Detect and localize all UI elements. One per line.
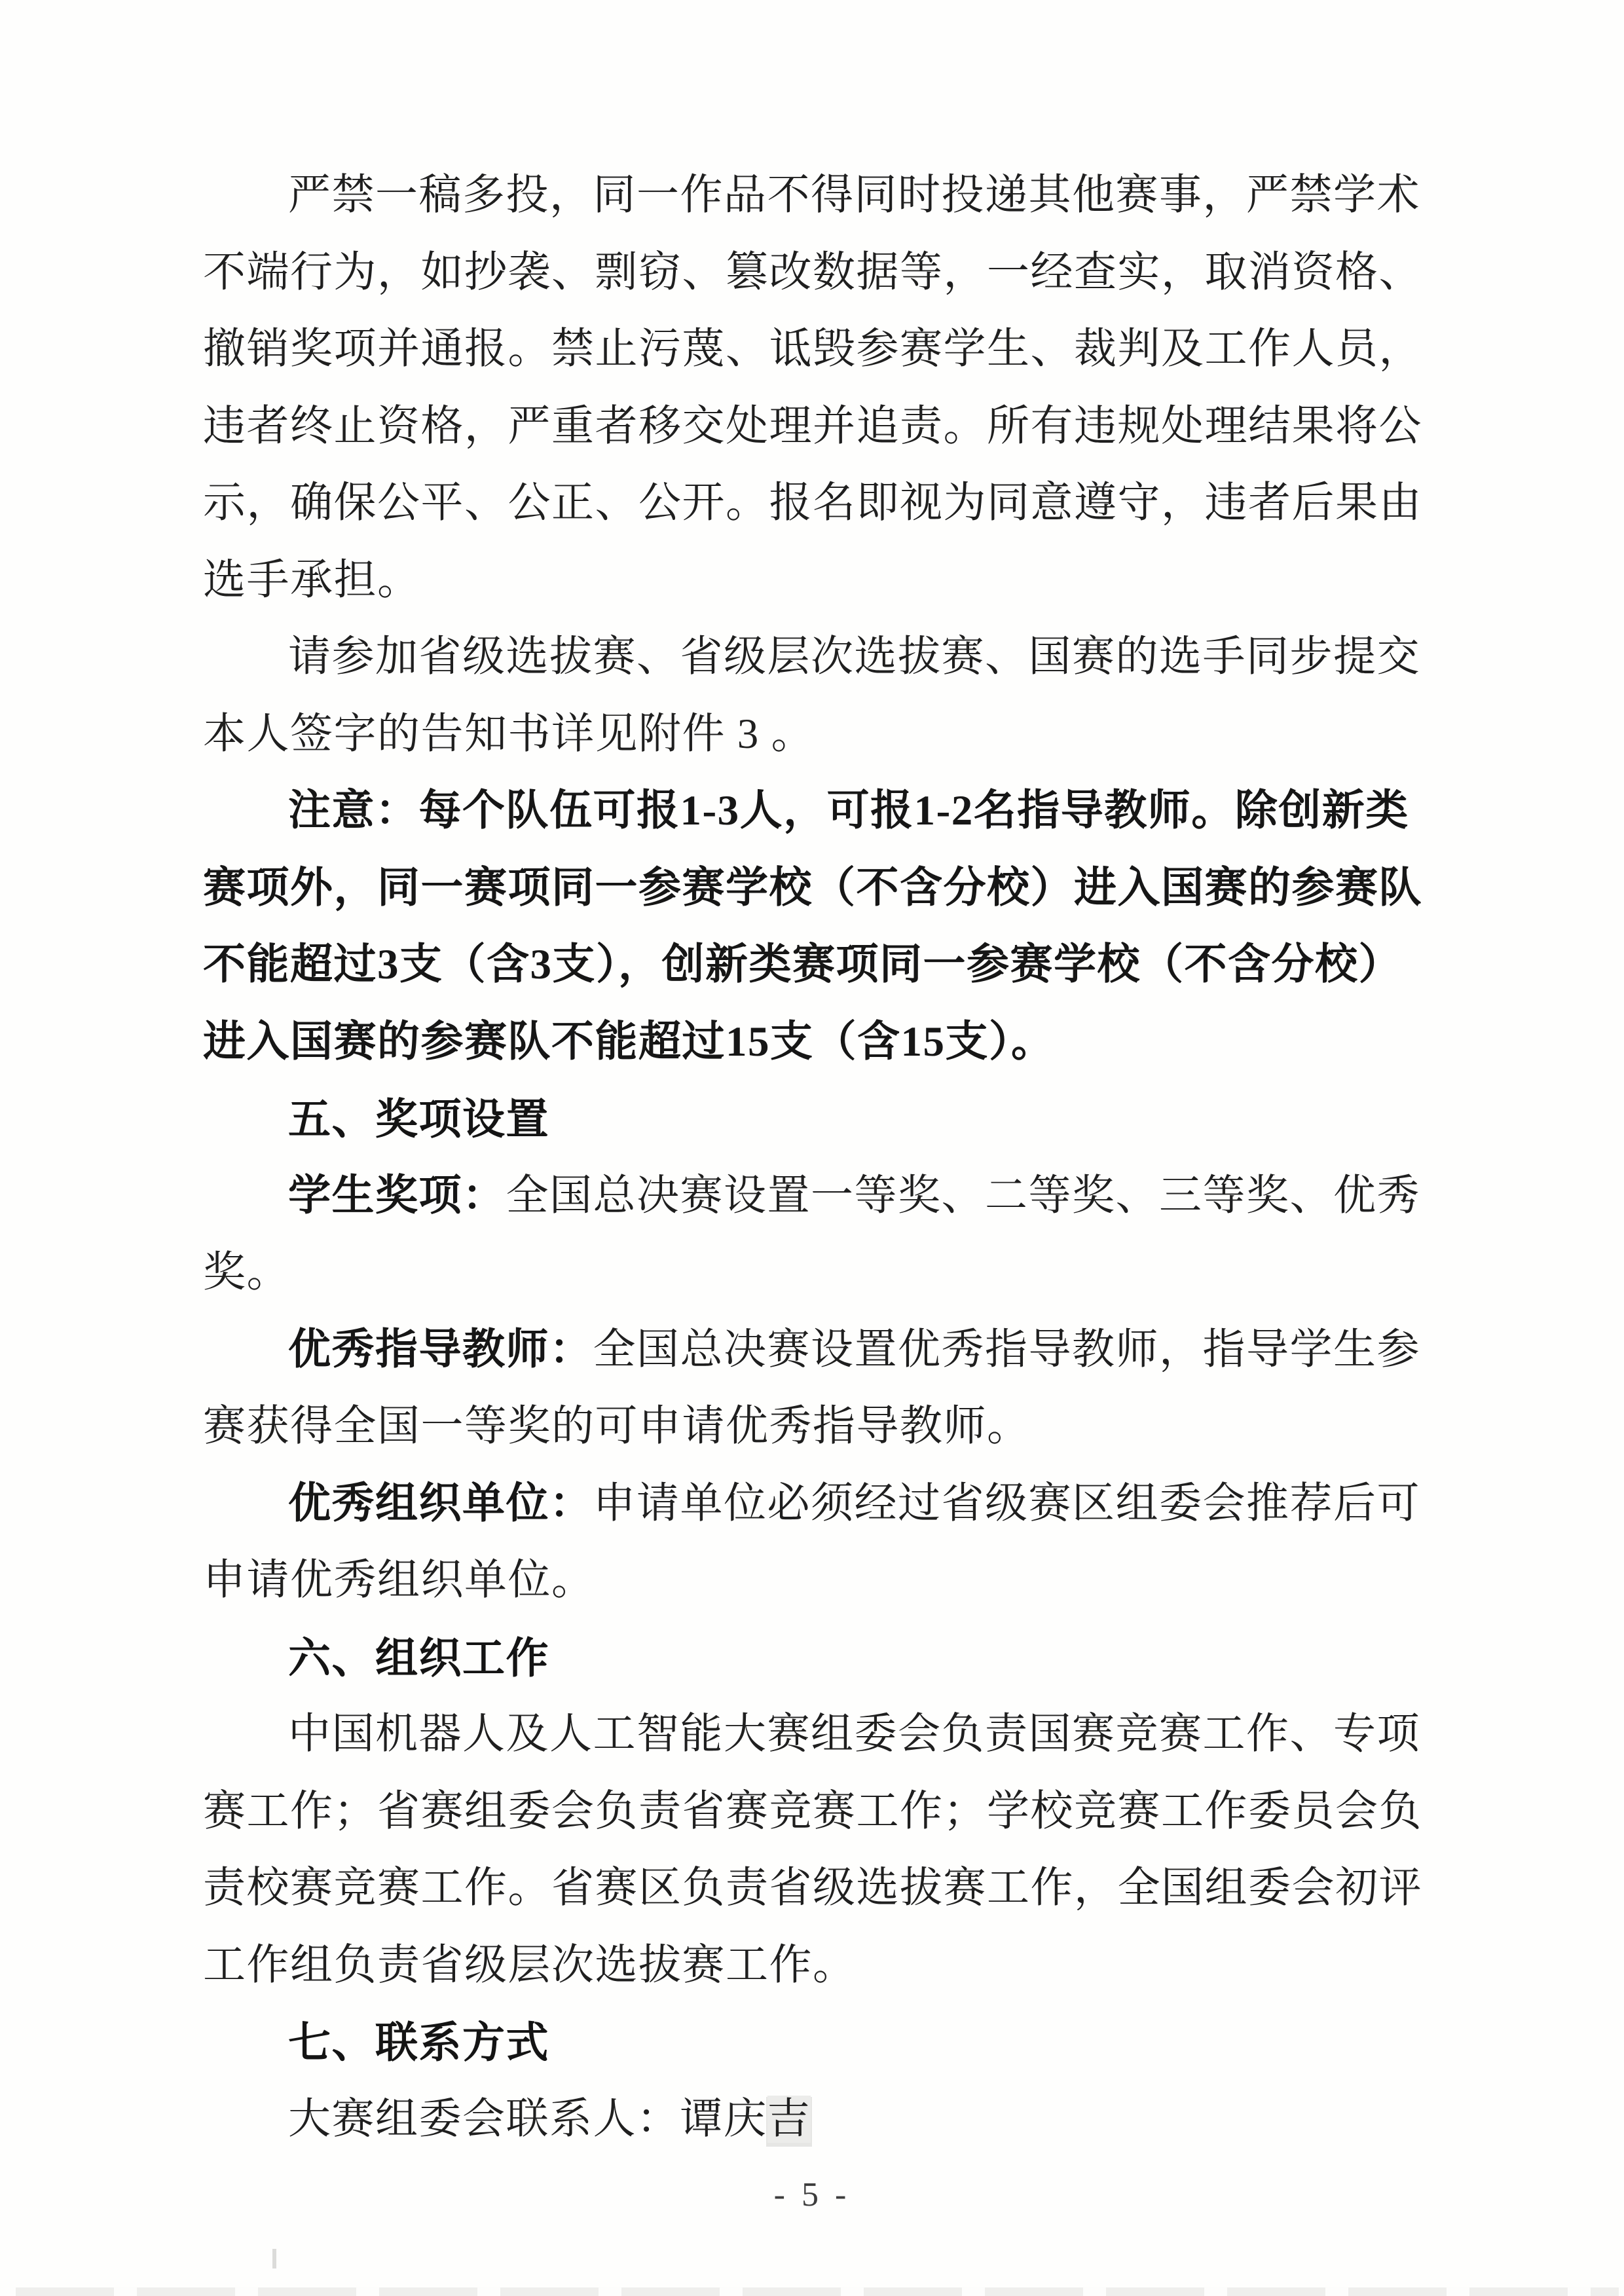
paragraph-line: 赛工作；省赛组委会负责省赛竞赛工作；学校竞赛工作委员会负	[203, 1773, 1434, 1851]
paragraph-text: 全国总决赛设置优秀指导教师，指导学生参	[593, 1326, 1421, 1373]
paragraph-line: 学生奖项：全国总决赛设置一等奖、二等奖、三等奖、优秀	[203, 1158, 1434, 1235]
paragraph-line: 奖。	[203, 1234, 1434, 1312]
paragraph-line: 请参加省级选拔赛、省级层次选拔赛、国赛的选手同步提交	[203, 619, 1434, 696]
paragraph-line: 申请优秀组织单位。	[203, 1542, 1434, 1620]
document-body: 严禁一稿多投，同一作品不得同时投递其他赛事，严禁学术 不端行为，如抄袭、剽窃、篡…	[203, 157, 1434, 2158]
paragraph-text: 全国总决赛设置一等奖、二等奖、三等奖、优秀	[506, 1172, 1421, 1219]
contact-person-line: 大赛组委会联系人：谭庆吉	[203, 2081, 1434, 2158]
paragraph-line: 选手承担。	[203, 542, 1434, 620]
section-heading-organization: 六、组织工作	[203, 1620, 1434, 1697]
paragraph-line: 赛获得全国一等奖的可申请优秀指导教师。	[203, 1388, 1434, 1466]
paragraph-text: 申请单位必须经过省级赛区组委会推荐后可	[593, 1480, 1421, 1527]
paragraph-line: 工作组负责省级层次选拔赛工作。	[203, 1927, 1434, 2005]
paragraph-line: 中国机器人及人工智能大赛组委会负责国赛竞赛工作、专项	[203, 1696, 1434, 1773]
contact-name-highlighted-char: 吉	[767, 2096, 811, 2143]
section-heading-contact: 七、联系方式	[203, 2004, 1434, 2081]
scan-noise-speck	[272, 2249, 276, 2268]
paragraph-line: 责校赛竞赛工作。省赛区负责省级选拔赛工作，全国组委会初评	[203, 1850, 1434, 1927]
paragraph-line: 优秀指导教师：全国总决赛设置优秀指导教师，指导学生参	[203, 1312, 1434, 1389]
paragraph-line: 撤销奖项并通报。禁止污蔑、诋毁参赛学生、裁判及工作人员，	[203, 311, 1434, 388]
paragraph-line: 示，确保公平、公正、公开。报名即视为同意遵守，违者后果由	[203, 465, 1434, 542]
contact-person-text: 大赛组委会联系人：谭庆	[288, 2096, 767, 2143]
org-award-label: 优秀组织单位：	[288, 1480, 593, 1527]
scan-noise-strip	[16, 2287, 1619, 2296]
paragraph-line: 本人签字的告知书详见附件 3 。	[203, 696, 1434, 773]
attention-paragraph-line: 注意：每个队伍可报1-3人，可报1-2名指导教师。除创新类	[203, 773, 1434, 850]
page-number: - 5 -	[0, 2176, 1624, 2214]
student-award-label: 学生奖项：	[288, 1172, 506, 1219]
attention-paragraph-line: 进入国赛的参赛队不能超过15支（含15支）。	[203, 1004, 1434, 1081]
teacher-award-label: 优秀指导教师：	[288, 1326, 593, 1373]
section-heading-awards: 五、奖项设置	[203, 1081, 1434, 1158]
paragraph-line: 严禁一稿多投，同一作品不得同时投递其他赛事，严禁学术	[203, 157, 1434, 234]
attention-paragraph-line: 不能超过3支（含3支），创新类赛项同一参赛学校（不含分校）	[203, 927, 1434, 1004]
paragraph-line: 违者终止资格，严重者移交处理并追责。所有违规处理结果将公	[203, 388, 1434, 466]
document-page: 严禁一稿多投，同一作品不得同时投递其他赛事，严禁学术 不端行为，如抄袭、剽窃、篡…	[0, 0, 1624, 2296]
paragraph-line: 不端行为，如抄袭、剽窃、篡改数据等，一经查实，取消资格、	[203, 234, 1434, 312]
paragraph-line: 优秀组织单位：申请单位必须经过省级赛区组委会推荐后可	[203, 1466, 1434, 1543]
attention-paragraph-line: 赛项外，同一赛项同一参赛学校（不含分校）进入国赛的参赛队	[203, 850, 1434, 927]
